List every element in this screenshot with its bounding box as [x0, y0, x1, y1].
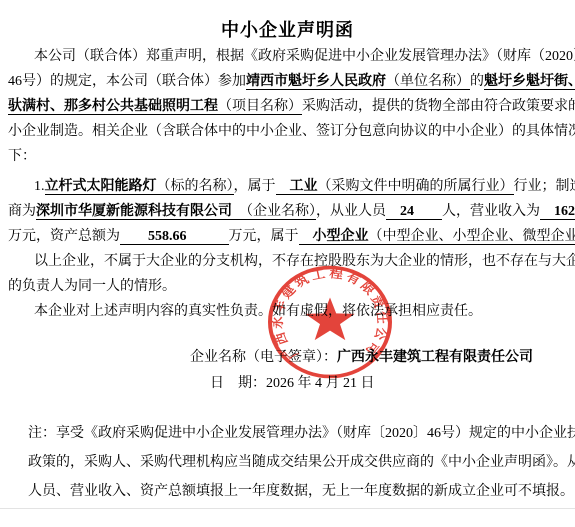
declaration-document: 中小企业声明函 本公司（联合体）郑重声明，根据《政府采购促进中小企业发展管理办法…	[0, 0, 575, 527]
date-line: 日 期：2026 年 4 月 21 日	[210, 371, 570, 396]
text-line: 46号）的规定，本公司（联合体）参加靖西市魁圩乡人民政府（单位名称）的魁圩乡魁圩…	[8, 69, 568, 94]
paragraph-item-1: 1.立杆式太阳能路灯（标的名称），属于 工业（采购文件中明确的所属行业）行业；制…	[8, 174, 568, 249]
text-line: 日 期：2026 年 4 月 21 日	[210, 371, 570, 396]
paragraph-no-affiliation: 以上企业，不属于大企业的分支机构，不存在控股股东为大企业的情形，也不存在与大企业…	[8, 249, 568, 299]
text-line: 1.立杆式太阳能路灯（标的名称），属于 工业（采购文件中明确的所属行业）行业；制…	[8, 174, 568, 199]
text-line: 人员、营业收入、资产总额填报上一年度数据，无上一年度数据的新成立企业可不填报。	[28, 477, 568, 506]
text-line: 本企业对上述声明内容的真实性负责。如有虚假，将依法承担相应责任。	[8, 299, 568, 324]
document-title: 中小企业声明函	[0, 16, 575, 42]
text-line: 驮满村、那多村公共基础照明工程（项目名称）采购活动，提供的货物全部由符合政策要求…	[8, 94, 568, 119]
paragraph-responsibility: 本企业对上述声明内容的真实性负责。如有虚假，将依法承担相应责任。	[8, 299, 568, 324]
footnote: 注：享受《政府采购促进中小企业发展管理办法》（财库〔2020〕46号）规定的中小…	[28, 419, 568, 506]
text-line: 商为深圳市华厦新能源科技有限公司 （企业名称），从业人员 24 人，营业收入为 …	[8, 199, 568, 224]
signature-line: 企业名称（电子签章）：广西永丰建筑工程有限责任公司	[190, 345, 570, 370]
text-line: 下：	[8, 144, 568, 169]
text-line: 以上企业，不属于大企业的分支机构，不存在控股股东为大企业的情形，也不存在与大企业	[8, 249, 568, 274]
paragraph-intro: 本公司（联合体）郑重声明，根据《政府采购促进中小企业发展管理办法》（财库（202…	[8, 44, 568, 169]
text-line: 万元，资产总额为 558.66 万元，属于 小型企业（中型企业、小型企业、微型企…	[8, 224, 568, 249]
text-line: 小企业制造。相关企业（含联合体中的中小企业、签订分包意向协议的中小企业）的具体情…	[8, 119, 568, 144]
page-divider	[0, 508, 575, 509]
text-line: 的负责人为同一人的情形。	[8, 274, 568, 299]
text-line: 本公司（联合体）郑重声明，根据《政府采购促进中小企业发展管理办法》（财库（202…	[8, 44, 568, 69]
text-line: 政策的，采购人、采购代理机构应当随成交结果公开成交供应商的《中小企业声明函》。从…	[28, 448, 568, 477]
text-line: 注：享受《政府采购促进中小企业发展管理办法》（财库〔2020〕46号）规定的中小…	[28, 419, 568, 448]
text-line: 企业名称（电子签章）：广西永丰建筑工程有限责任公司	[190, 345, 570, 370]
